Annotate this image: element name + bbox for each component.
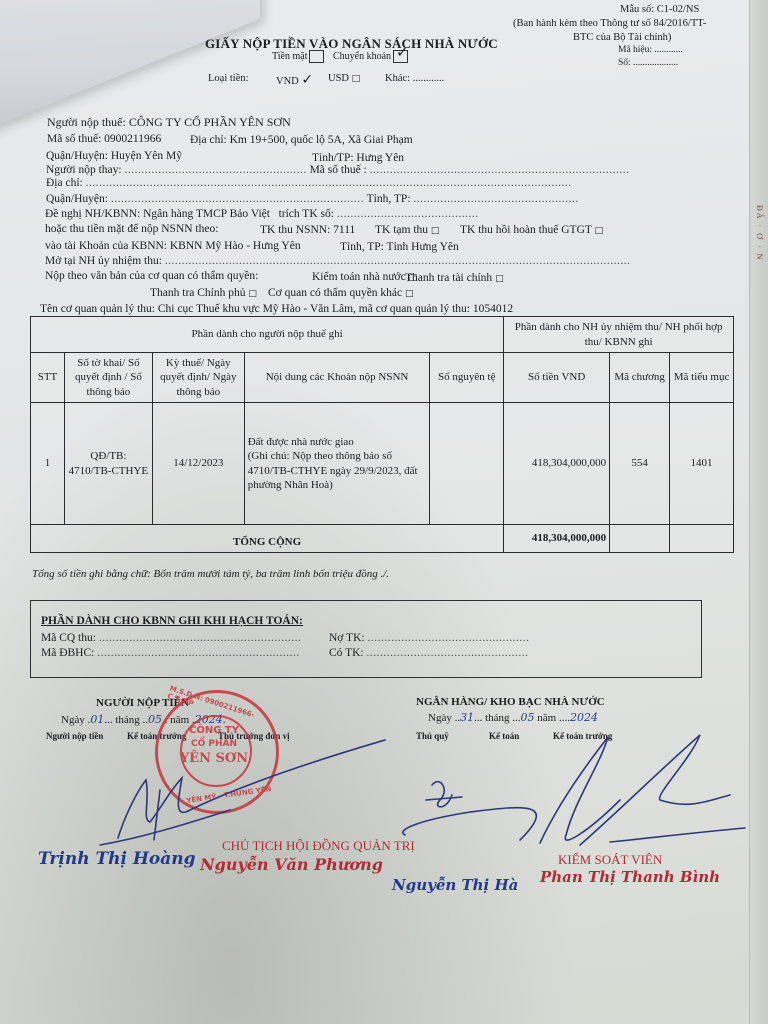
handwritten-signatures xyxy=(0,0,768,1024)
document-photo: ĐẢ · Ơ · N Mẫu số: C1-02/NS (Ban hành kè… xyxy=(0,0,768,1024)
